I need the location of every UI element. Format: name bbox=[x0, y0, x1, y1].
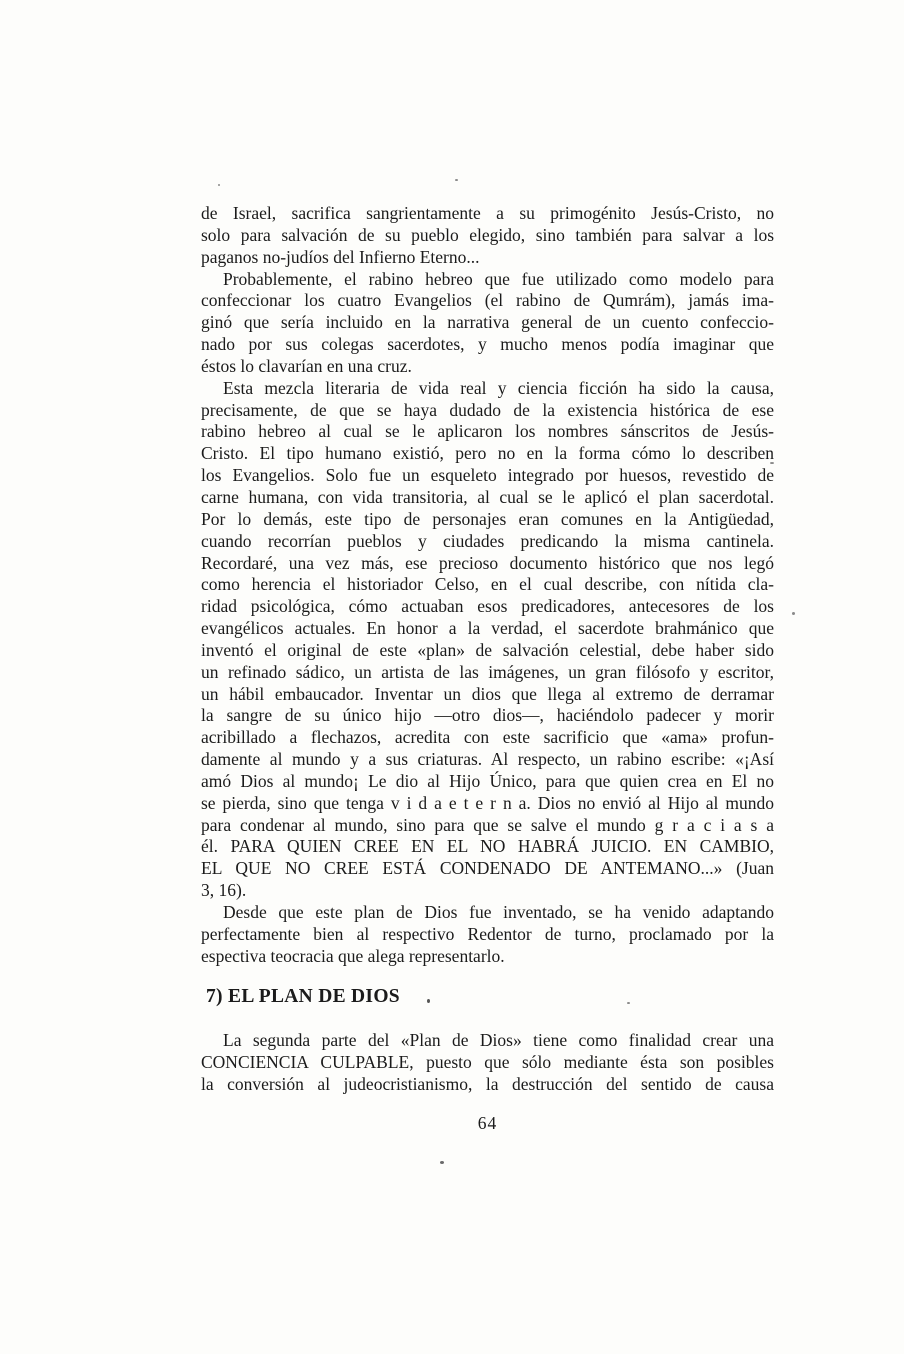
page-text: de Israel, sacrifica sangrientamente a s… bbox=[201, 203, 774, 1135]
text-line: Recordaré, una vez más, ese precioso doc… bbox=[201, 553, 774, 575]
section-heading: 7) EL PLAN DE DIOS bbox=[201, 986, 774, 1008]
scan-speck bbox=[770, 462, 774, 464]
text-line: éstos lo clavarían en una cruz. bbox=[201, 356, 774, 378]
text-line: Desde que este plan de Dios fue inventad… bbox=[201, 902, 774, 924]
paragraph: Esta mezcla literaria de vida real y cie… bbox=[201, 378, 774, 902]
text-line: él. PARA QUIEN CREE EN EL NO HABRÁ JUICI… bbox=[201, 836, 774, 858]
text-line: un hábil embaucador. Inventar un dios qu… bbox=[201, 684, 774, 706]
text-line: ridad psicológica, cómo actuaban esos pr… bbox=[201, 596, 774, 618]
paragraph: La segunda parte del «Plan de Dios» tien… bbox=[201, 1030, 774, 1096]
text-line: ginó que sería incluido en la narrativa … bbox=[201, 312, 774, 334]
scan-speck bbox=[455, 179, 458, 181]
scan-speck bbox=[218, 184, 220, 186]
text-line: confeccionar los cuatro Evangelios (el r… bbox=[201, 290, 774, 312]
text-line: un refinado sádico, un artista de las im… bbox=[201, 662, 774, 684]
text-line: de Israel, sacrifica sangrientamente a s… bbox=[201, 203, 774, 225]
text-line: damente al mundo y a sus criaturas. Al r… bbox=[201, 749, 774, 771]
text-line: Esta mezcla literaria de vida real y cie… bbox=[201, 378, 774, 400]
scan-speck bbox=[627, 1002, 630, 1004]
text-line: amó Dios al mundo¡ Le dio al Hijo Único,… bbox=[201, 771, 774, 793]
paragraph: de Israel, sacrifica sangrientamente a s… bbox=[201, 203, 774, 269]
scan-speck bbox=[427, 999, 430, 1003]
text-line: La segunda parte del «Plan de Dios» tien… bbox=[201, 1030, 774, 1052]
page-number: 64 bbox=[201, 1113, 774, 1135]
text-line: se pierda, sino que tenga v i d a e t e … bbox=[201, 793, 774, 815]
text-line: nado por sus colegas sacerdotes, y mucho… bbox=[201, 334, 774, 356]
paragraph: Desde que este plan de Dios fue inventad… bbox=[201, 902, 774, 968]
paragraph: Probablemente, el rabino hebreo que fue … bbox=[201, 269, 774, 378]
text-line: la sangre de su único hijo —otro dios—, … bbox=[201, 705, 774, 727]
text-line: Probablemente, el rabino hebreo que fue … bbox=[201, 269, 774, 291]
text-line: Por lo demás, este tipo de personajes er… bbox=[201, 509, 774, 531]
text-line: rabino hebreo al cual se le aplicaron lo… bbox=[201, 421, 774, 443]
text-line: inventó el original de este «plan» de sa… bbox=[201, 640, 774, 662]
text-line: CONCIENCIA CULPABLE, puesto que sólo med… bbox=[201, 1052, 774, 1074]
text-line: perfectamente bien al respectivo Redento… bbox=[201, 924, 774, 946]
text-line: evangélicos actuales. En honor a la verd… bbox=[201, 618, 774, 640]
text-line: acribillado a flechazos, acredita con es… bbox=[201, 727, 774, 749]
text-line: carne humana, con vida transitoria, al c… bbox=[201, 487, 774, 509]
text-line: los Evangelios. Solo fue un esqueleto in… bbox=[201, 465, 774, 487]
text-line: precisamente, de que se haya dudado de l… bbox=[201, 400, 774, 422]
text-line: como herencia el historiador Celso, en e… bbox=[201, 574, 774, 596]
text-line: paganos no-judíos del Infierno Eterno... bbox=[201, 247, 774, 269]
text-line: para condenar al mundo, sino para que se… bbox=[201, 815, 774, 837]
book-page: de Israel, sacrifica sangrientamente a s… bbox=[0, 0, 904, 1354]
text-line: 3, 16). bbox=[201, 880, 774, 902]
text-line: la conversión al judeocristianismo, la d… bbox=[201, 1074, 774, 1096]
scan-speck bbox=[440, 1161, 444, 1164]
text-line: espectiva teocracia que alega representa… bbox=[201, 946, 774, 968]
text-line: cuando recorrían pueblos y ciudades pred… bbox=[201, 531, 774, 553]
text-line: Cristo. El tipo humano existió, pero no … bbox=[201, 443, 774, 465]
text-line: solo para salvación de su pueblo elegido… bbox=[201, 225, 774, 247]
text-line: EL QUE NO CREE ESTÁ CONDENADO DE ANTEMAN… bbox=[201, 858, 774, 880]
scan-speck bbox=[792, 612, 795, 615]
